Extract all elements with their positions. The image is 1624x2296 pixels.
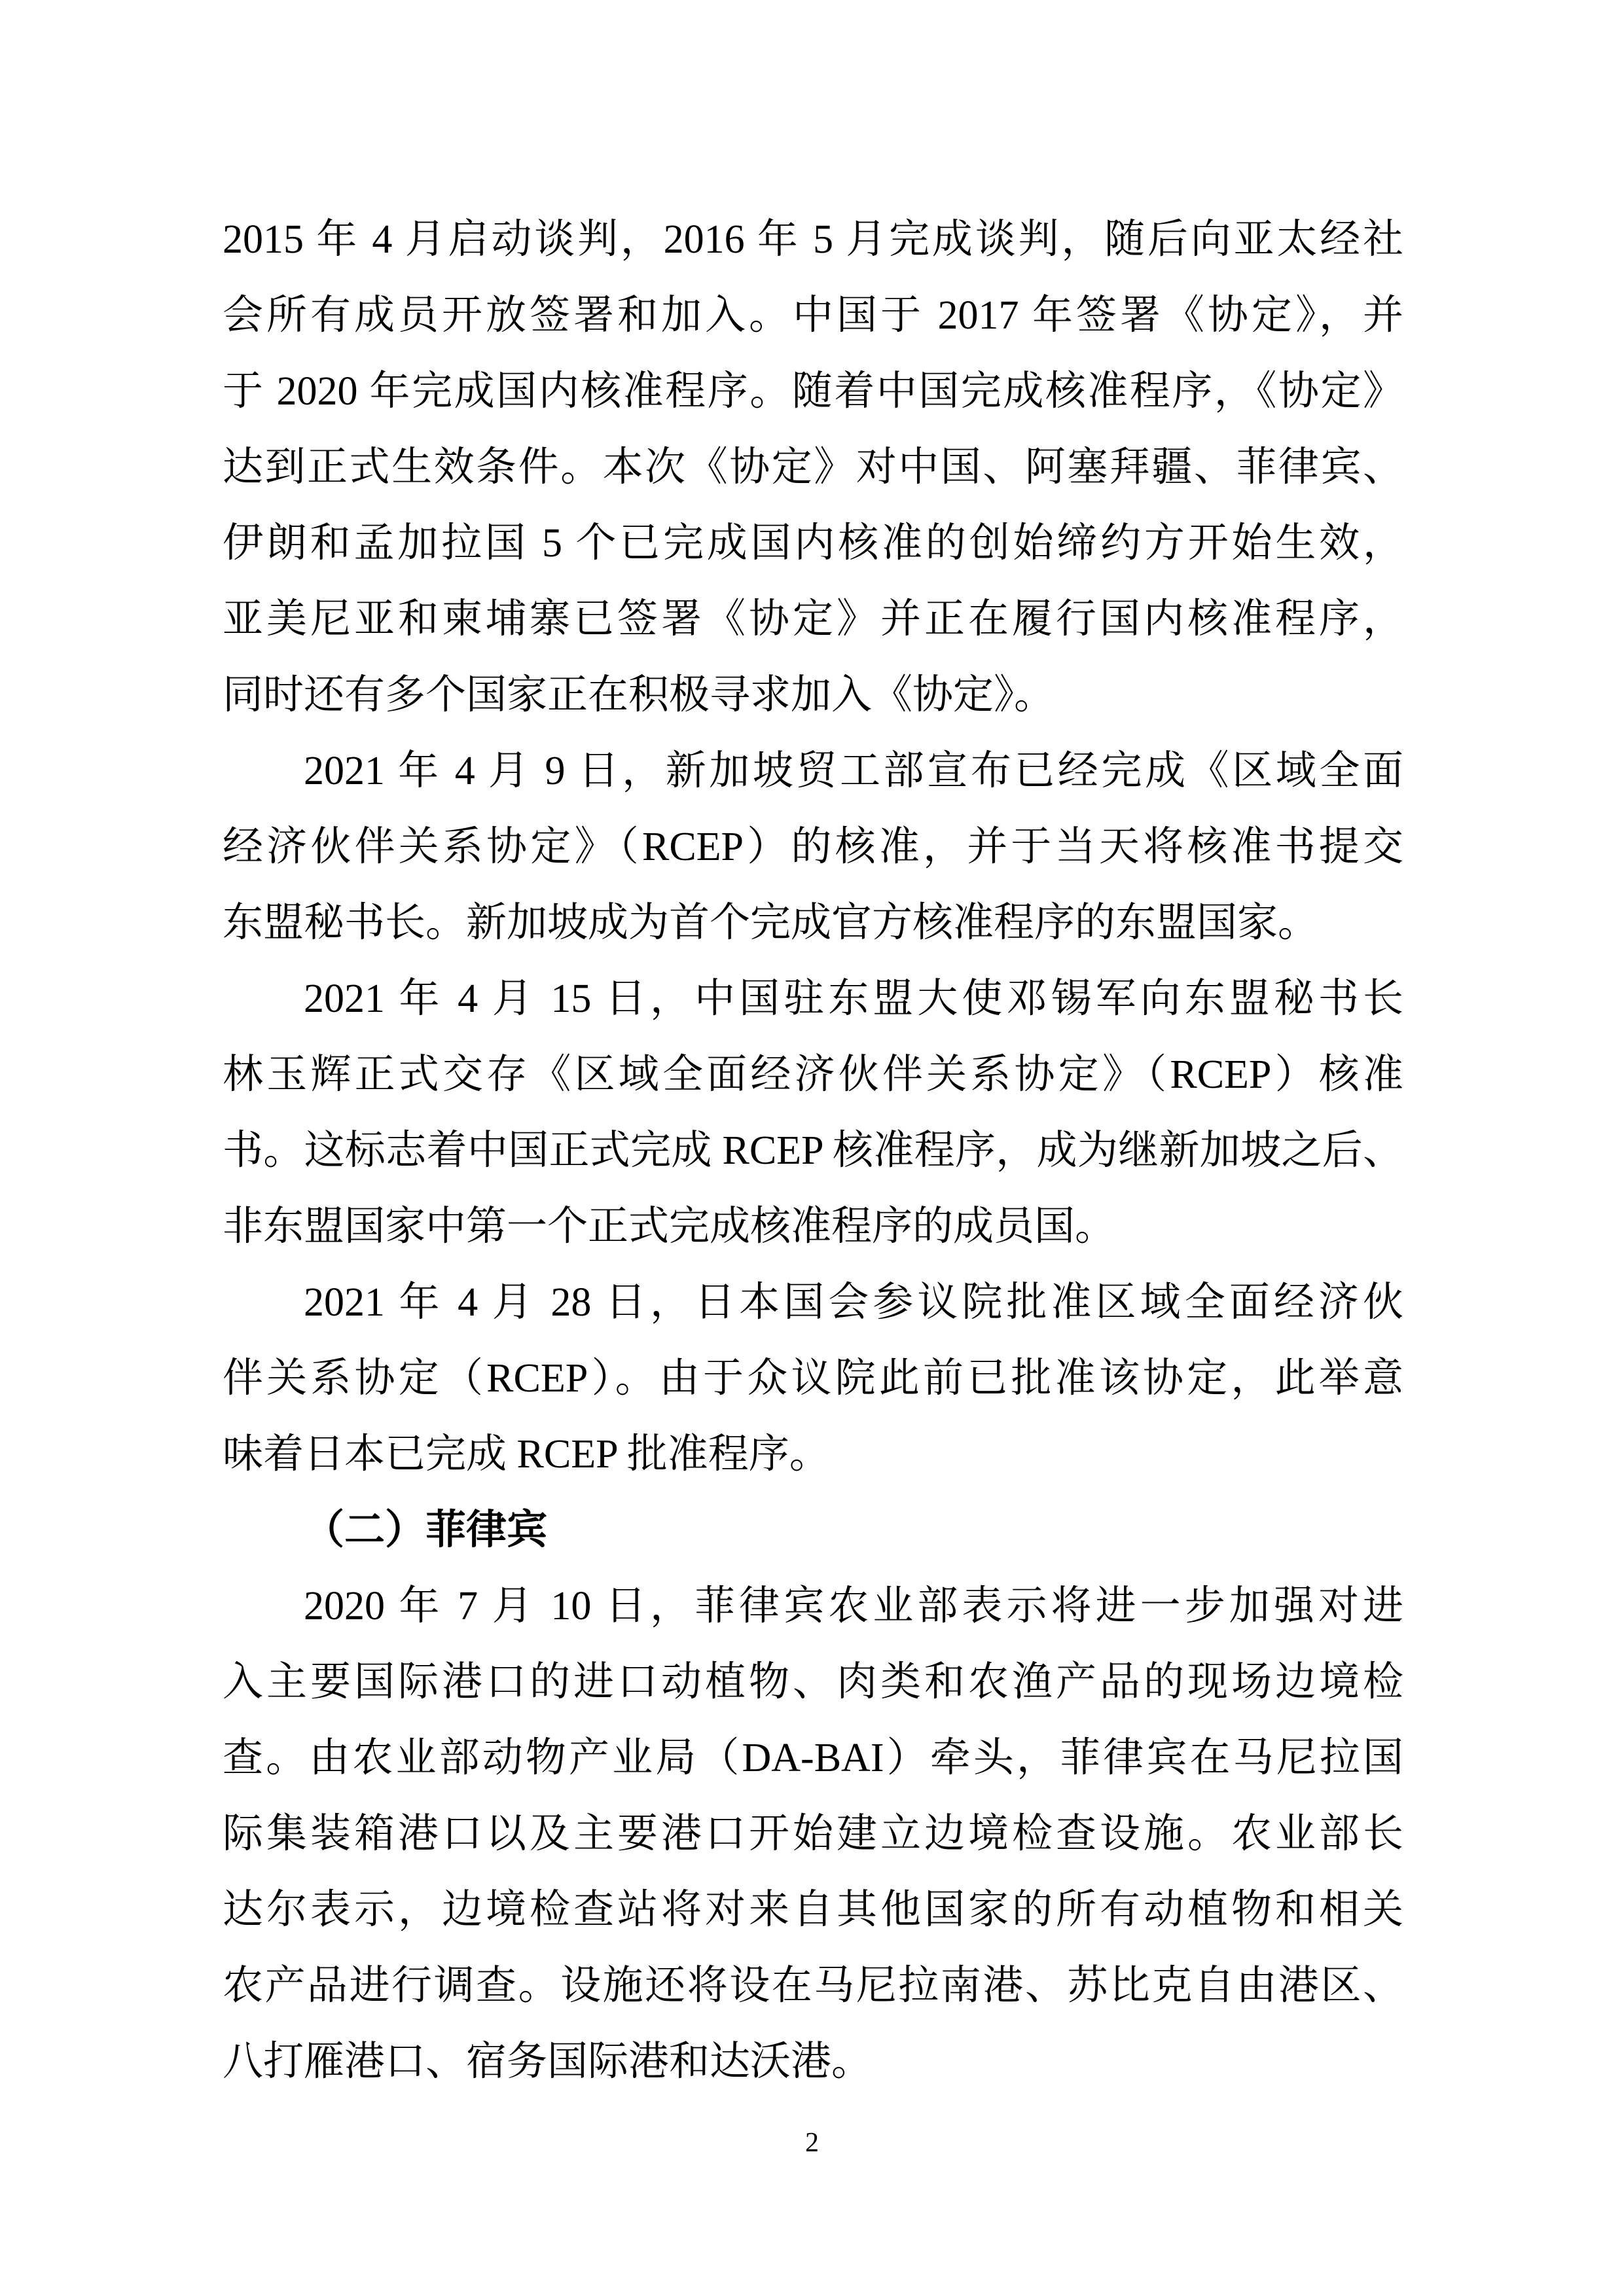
text-line: 达尔表示，边境检查站将对来自其他国家的所有动植物和相关 [223, 1872, 1403, 1948]
text-line: 2020 年 7 月 10 日，菲律宾农业部表示将进一步加强对进 [223, 1568, 1403, 1644]
text-line: 2021 年 4 月 9 日，新加坡贸工部宣布已经完成《区域全面 [223, 733, 1403, 809]
text-line: 亚美尼亚和柬埔寨已签署《协定》并正在履行国内核准程序， [223, 581, 1403, 657]
section-heading: （二）菲律宾 [223, 1492, 1403, 1568]
text-line: 2021 年 4 月 15 日，中国驻东盟大使邓锡军向东盟秘书长 [223, 961, 1403, 1037]
text-line: 书。这标志着中国正式完成 RCEP 核准程序，成为继新加坡之后、 [223, 1113, 1403, 1189]
text-line: 味着日本已完成 RCEP 批准程序。 [223, 1416, 1403, 1492]
text-line: 经济伙伴关系协定》（RCEP）的核准，并于当天将核准书提交 [223, 809, 1403, 885]
document-body: 2015 年 4 月启动谈判，2016 年 5 月完成谈判，随后向亚太经社会所有… [223, 202, 1403, 2100]
text-line: 2021 年 4 月 28 日，日本国会参议院批准区域全面经济伙 [223, 1265, 1403, 1340]
text-line: 伊朗和孟加拉国 5 个已完成国内核准的创始缔约方开始生效， [223, 505, 1403, 581]
text-line: 八打雁港口、宿务国际港和达沃港。 [223, 2024, 1403, 2100]
text-line: 同时还有多个国家正在积极寻求加入《协定》。 [223, 657, 1403, 733]
text-line: 东盟秘书长。新加坡成为首个完成官方核准程序的东盟国家。 [223, 885, 1403, 961]
text-line: 际集装箱港口以及主要港口开始建立边境检查设施。农业部长 [223, 1796, 1403, 1872]
text-line: 林玉辉正式交存《区域全面经济伙伴关系协定》（RCEP）核准 [223, 1037, 1403, 1113]
text-line: 入主要国际港口的进口动植物、肉类和农渔产品的现场边境检 [223, 1644, 1403, 1720]
text-line: 非东盟国家中第一个正式完成核准程序的成员国。 [223, 1189, 1403, 1265]
text-line: 农产品进行调查。设施还将设在马尼拉南港、苏比克自由港区、 [223, 1948, 1403, 2024]
text-line: 达到正式生效条件。本次《协定》对中国、阿塞拜疆、菲律宾、 [223, 429, 1403, 505]
text-line: 查。由农业部动物产业局（DA-BAI）牵头，菲律宾在马尼拉国 [223, 1720, 1403, 1796]
text-line: 伴关系协定（RCEP）。由于众议院此前已批准该协定，此举意 [223, 1340, 1403, 1416]
text-line: 2015 年 4 月启动谈判，2016 年 5 月完成谈判，随后向亚太经社 [223, 202, 1403, 278]
document-page: 2015 年 4 月启动谈判，2016 年 5 月完成谈判，随后向亚太经社会所有… [0, 0, 1624, 2296]
text-line: 会所有成员开放签署和加入。中国于 2017 年签署《协定》，并 [223, 278, 1403, 353]
page-number: 2 [0, 2126, 1624, 2160]
text-line: 于 2020 年完成国内核准程序。随着中国完成核准程序，《协定》 [223, 353, 1403, 429]
